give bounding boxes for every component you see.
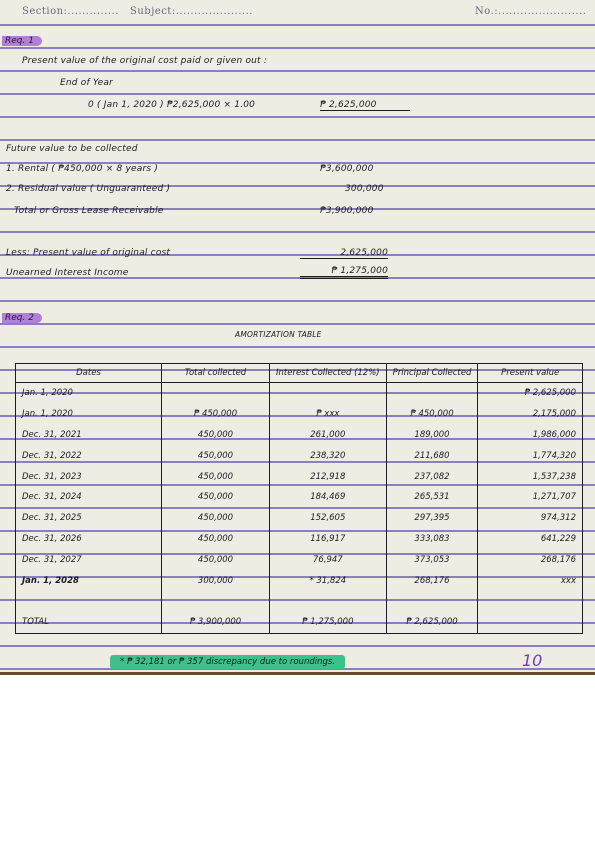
cell-interest: 212,918 <box>270 466 387 487</box>
table-row <box>16 591 583 612</box>
cell-principal: 297,395 <box>386 508 478 529</box>
cell-total: 300,000 <box>162 570 270 591</box>
cell-date: Jan. 1, 2020 <box>16 383 162 404</box>
cell-total: 450,000 <box>162 445 270 466</box>
req1-tag: Req. 1 <box>2 36 42 46</box>
cell-date: Dec. 31, 2022 <box>16 445 162 466</box>
table-row: Dec. 31, 2025 450,000 152,605 297,395 97… <box>16 508 583 529</box>
residual-amount: 300,000 <box>345 184 384 194</box>
amortization-table-title: AMORTIZATION TABLE <box>235 330 322 339</box>
col-dates: Dates <box>16 364 162 383</box>
table-header-row: Dates Total collected Interest Collected… <box>16 364 583 383</box>
section-label: Section:.............. <box>22 6 119 17</box>
cell-principal: 265,531 <box>386 487 478 508</box>
rental-label: 1. Rental ( ₱450,000 × 8 years ) <box>6 164 158 174</box>
cell-date: Dec. 31, 2027 <box>16 549 162 570</box>
table-row: Jan. 1, 2020 ₱ 2,625,000 <box>16 383 583 404</box>
number-label: No.:........................ <box>475 6 586 17</box>
unearned-income-amount: ₱ 1,275,000 <box>300 266 388 279</box>
cell-total: 450,000 <box>162 549 270 570</box>
cell-interest: 116,917 <box>270 529 387 550</box>
cell-principal: 211,680 <box>386 445 478 466</box>
cell-date: Jan. 1, 2020 <box>16 404 162 425</box>
cell-interest: 184,469 <box>270 487 387 508</box>
cell-principal: 373,053 <box>386 549 478 570</box>
pv-amount: ₱ 2,625,000 <box>320 100 410 111</box>
cell-interest <box>270 383 387 404</box>
amortization-table: Dates Total collected Interest Collected… <box>15 363 583 634</box>
end-of-year-label: End of Year <box>60 78 113 88</box>
cell-total: 450,000 <box>162 425 270 446</box>
col-principal-collected: Principal Collected <box>386 364 478 383</box>
cell-principal: 333,083 <box>386 529 478 550</box>
cell-pv: 1,537,238 <box>478 466 583 487</box>
cell-principal: 268,176 <box>386 570 478 591</box>
total-label: TOTAL <box>16 612 162 633</box>
col-present-value: Present value <box>478 364 583 383</box>
cell-principal: 237,082 <box>386 466 478 487</box>
cell-total: 450,000 <box>162 487 270 508</box>
table-row: Dec. 31, 2021 450,000 261,000 189,000 1,… <box>16 425 583 446</box>
total-collected: ₱ 3,900,000 <box>162 612 270 633</box>
cell-interest: ₱ xxx <box>270 404 387 425</box>
cell-pv: 974,312 <box>478 508 583 529</box>
table-row: Dec. 31, 2024 450,000 184,469 265,531 1,… <box>16 487 583 508</box>
cell-principal: ₱ 450,000 <box>386 404 478 425</box>
cell-date: Dec. 31, 2021 <box>16 425 162 446</box>
cell-interest: 261,000 <box>270 425 387 446</box>
subject-label: Subject:..................... <box>130 6 253 17</box>
cell-interest: * 31,824 <box>270 570 387 591</box>
req2-tag: Req. 2 <box>2 313 42 323</box>
gross-receivable-amount: ₱3,900,000 <box>320 206 374 216</box>
cell-date: Dec. 31, 2023 <box>16 466 162 487</box>
cell-interest: 152,605 <box>270 508 387 529</box>
cell-total <box>162 591 270 612</box>
less-pv-label: Less: Present value of original cost <box>6 248 170 258</box>
cell-date: Dec. 31, 2025 <box>16 508 162 529</box>
cell-interest: 76,947 <box>270 549 387 570</box>
col-interest-collected: Interest Collected (12%) <box>270 364 387 383</box>
cell-total: 450,000 <box>162 466 270 487</box>
table-row: Dec. 31, 2026 450,000 116,917 333,083 64… <box>16 529 583 550</box>
table-row: Jan. 1, 2028 300,000 * 31,824 268,176 xx… <box>16 570 583 591</box>
cell-interest <box>270 591 387 612</box>
cell-pv <box>478 591 583 612</box>
cell-principal <box>386 591 478 612</box>
cell-date: Jan. 1, 2028 <box>16 570 162 591</box>
cell-pv: 268,176 <box>478 549 583 570</box>
table-row: Dec. 31, 2023 450,000 212,918 237,082 1,… <box>16 466 583 487</box>
total-principal: ₱ 2,625,000 <box>386 612 478 633</box>
table-row: Dec. 31, 2027 450,000 76,947 373,053 268… <box>16 549 583 570</box>
cell-interest: 238,320 <box>270 445 387 466</box>
table-row: Jan. 1, 2020 ₱ 450,000 ₱ xxx ₱ 450,000 2… <box>16 404 583 425</box>
cell-date: Dec. 31, 2024 <box>16 487 162 508</box>
pv-computation: 0 ( Jan 1, 2020 ) ₱2,625,000 × 1.00 <box>88 100 255 110</box>
less-pv-amount: 2,625,000 <box>300 248 388 259</box>
cell-total: ₱ 450,000 <box>162 404 270 425</box>
grade-mark: 10 <box>522 651 542 670</box>
table-row: Dec. 31, 2022 450,000 238,320 211,680 1,… <box>16 445 583 466</box>
rental-amount: ₱3,600,000 <box>320 164 374 174</box>
cell-total: 450,000 <box>162 529 270 550</box>
col-total-collected: Total collected <box>162 364 270 383</box>
future-value-title: Future value to be collected <box>6 144 138 154</box>
gross-receivable-label: Total or Gross Lease Receivable <box>14 206 164 216</box>
table-total-row: TOTAL ₱ 3,900,000 ₱ 1,275,000 ₱ 2,625,00… <box>16 612 583 633</box>
cell-pv: 1,986,000 <box>478 425 583 446</box>
cell-pv: 2,175,000 <box>478 404 583 425</box>
cell-pv: 1,774,320 <box>478 445 583 466</box>
cell-date: Dec. 31, 2026 <box>16 529 162 550</box>
req1-intro: Present value of the original cost paid … <box>22 56 267 66</box>
cell-pv: xxx <box>478 570 583 591</box>
total-pv-empty <box>478 612 583 633</box>
cell-total <box>162 383 270 404</box>
total-interest: ₱ 1,275,000 <box>270 612 387 633</box>
cell-pv: 641,229 <box>478 529 583 550</box>
unearned-income-label: Unearned Interest Income <box>6 268 129 278</box>
cell-date <box>16 591 162 612</box>
cell-pv: ₱ 2,625,000 <box>478 383 583 404</box>
residual-label: 2. Residual value ( Unguaranteed ) <box>6 184 170 194</box>
notebook-page: Section:.............. Subject:.........… <box>0 0 595 675</box>
cell-pv: 1,271,707 <box>478 487 583 508</box>
rounding-discrepancy-note: * ₱ 32,181 or ₱ 357 discrepancy due to r… <box>110 655 345 669</box>
cell-total: 450,000 <box>162 508 270 529</box>
cell-principal: 189,000 <box>386 425 478 446</box>
cell-principal <box>386 383 478 404</box>
